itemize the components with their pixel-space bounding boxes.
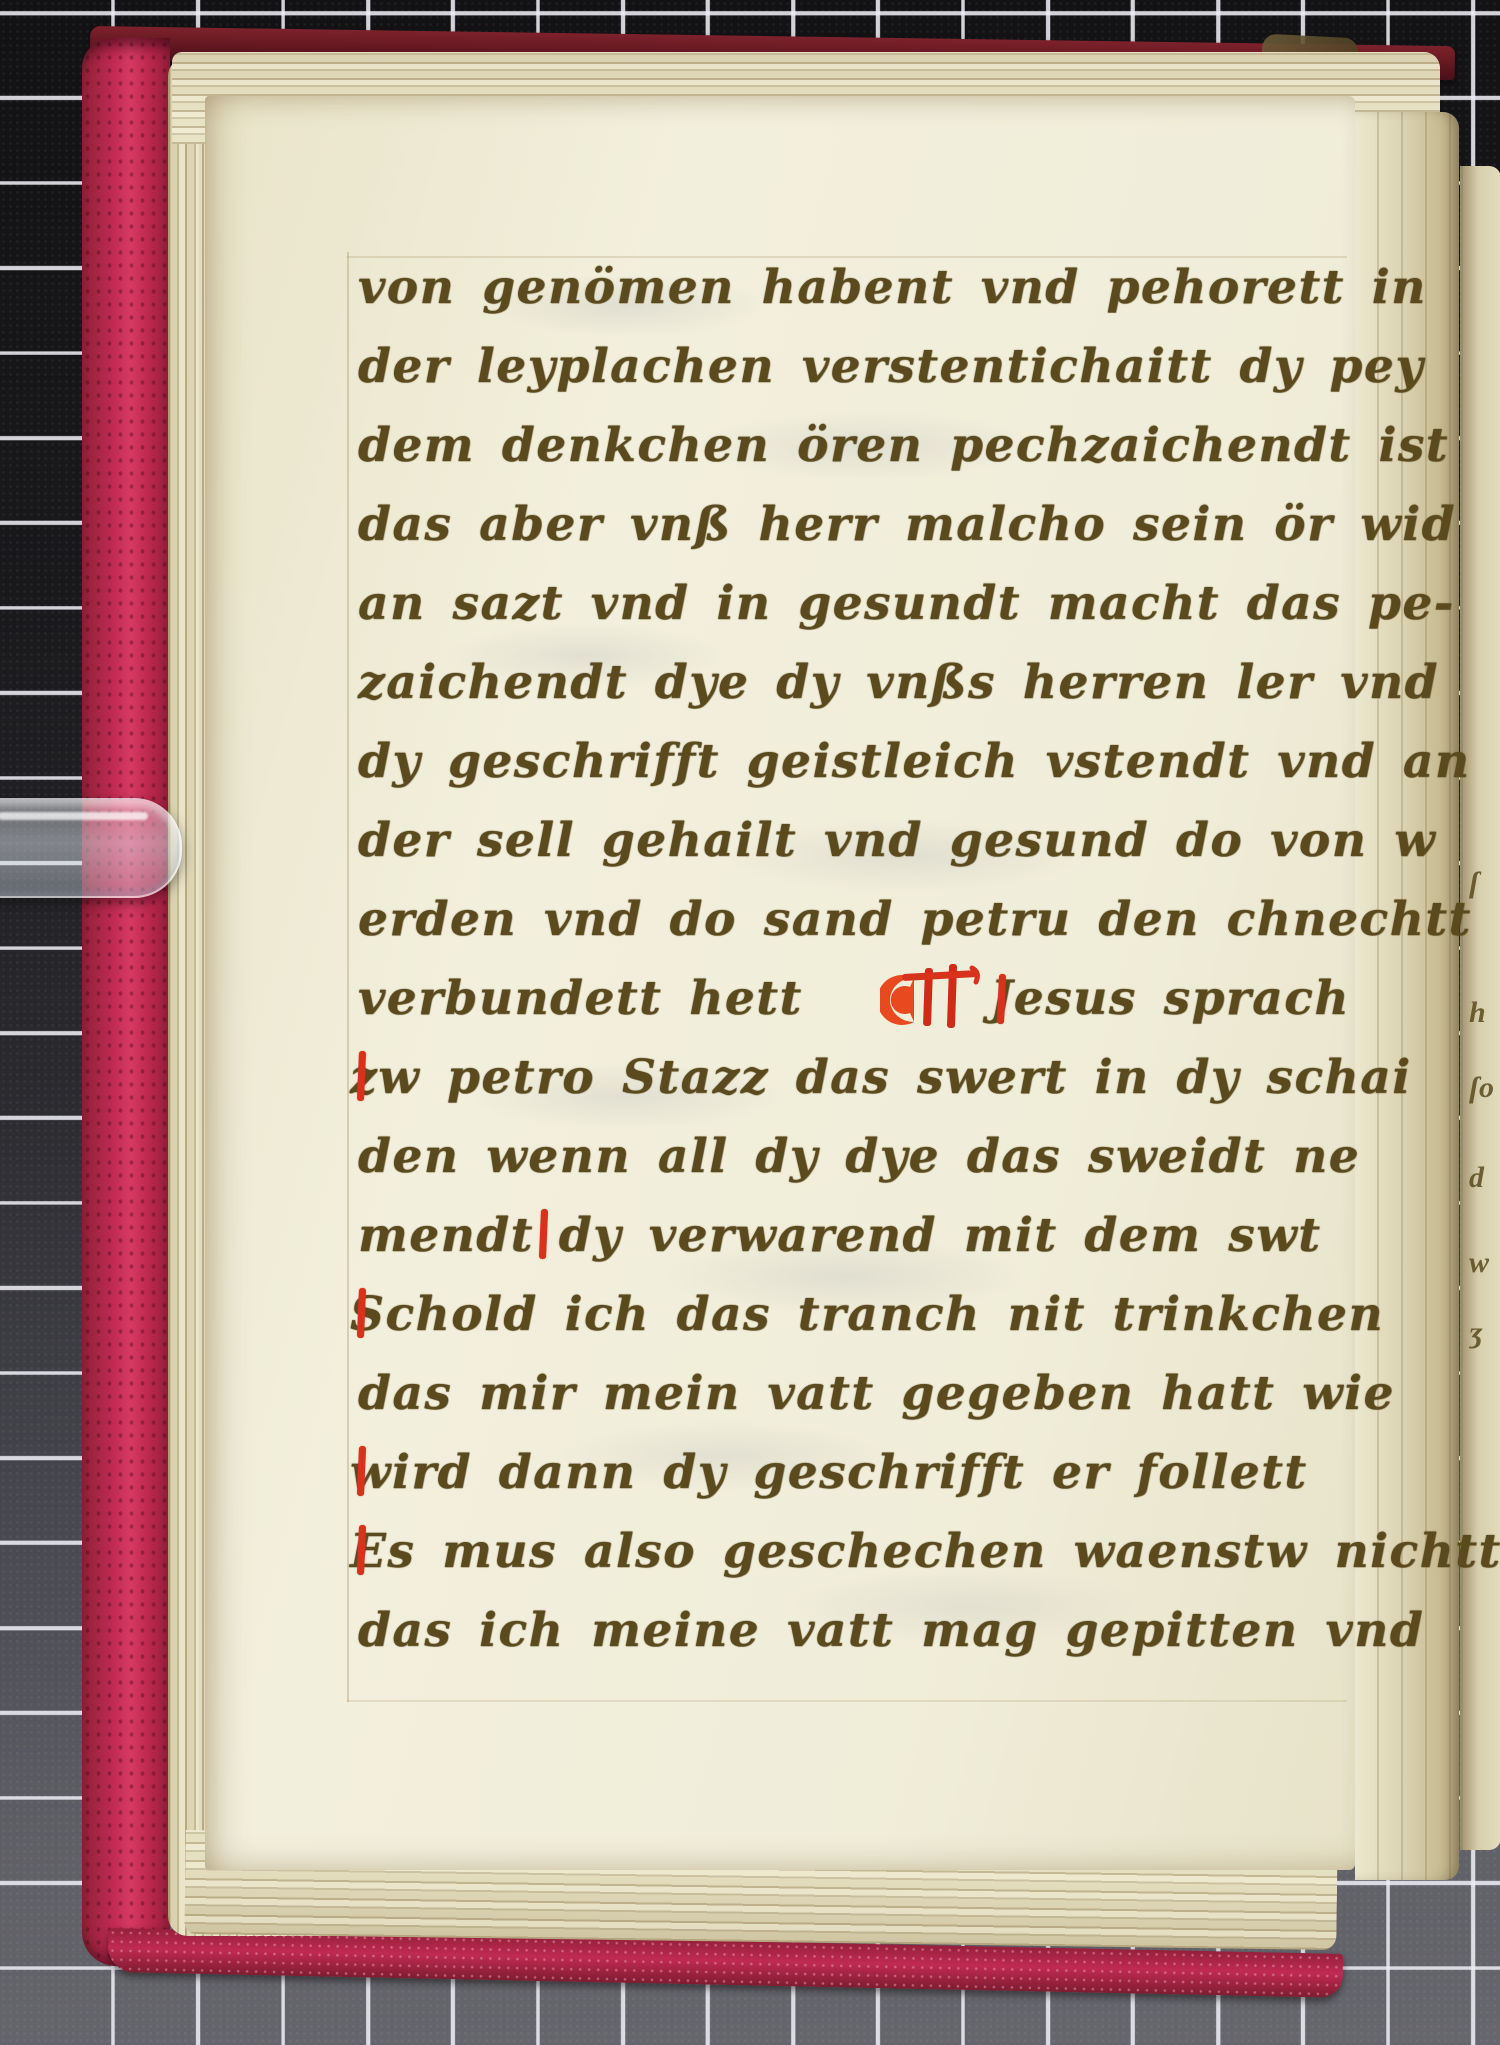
text-line: zw petro Stazz das swert in dy schai bbox=[358, 1038, 1350, 1117]
text-line: von genömen habent vnd pehorett in bbox=[358, 248, 1350, 327]
text-line: zaichendt dye dy vnßs herren ler vnd bbox=[358, 643, 1350, 722]
text-line-with-pilcrow: verbundett hett Jesus sprach bbox=[358, 959, 1350, 1038]
adjacent-page-text-fragment: d bbox=[1469, 1161, 1499, 1195]
text-line: dem denkchen ören pechzaichendt ist bbox=[358, 406, 1350, 485]
adjacent-page-text-fragment: h bbox=[1469, 996, 1499, 1030]
text-line: Es mus also geschechen waenstw nichtt bbox=[358, 1512, 1350, 1591]
text-line: mendt dy verwarend mit dem swt bbox=[358, 1196, 1350, 1275]
adjacent-page-text-fragment: ſ bbox=[1469, 866, 1499, 900]
adjacent-page-sliver: ſ h ſo d w ʒ bbox=[1460, 166, 1500, 1850]
ruling-line-left-margin bbox=[347, 252, 349, 1702]
clip-highlight bbox=[0, 812, 148, 820]
adjacent-page-text-fragment: w bbox=[1469, 1246, 1499, 1280]
rubric-stroke bbox=[539, 1209, 548, 1259]
text-line: der sell gehailt vnd gesund do von w bbox=[358, 801, 1350, 880]
text-line: das ich meine vatt mag gepitten vnd bbox=[358, 1591, 1350, 1670]
adjacent-page-text-fragment: ʒ bbox=[1469, 1316, 1499, 1350]
text-line: dy geschrifft geistleich vstendt vnd an bbox=[358, 722, 1350, 801]
pilcrow-mark-icon bbox=[880, 962, 984, 1036]
text-line: erden vnd do sand petru den chnechtt bbox=[358, 880, 1350, 959]
leather-edge-left bbox=[82, 38, 170, 1966]
text-line: das aber vnß herr malcho sein ör wid bbox=[358, 485, 1350, 564]
text-line: den wenn all dy dye das sweidt ne bbox=[358, 1117, 1350, 1196]
text-line: an sazt vnd in gesundt macht das pe- bbox=[358, 564, 1350, 643]
adjacent-page-text-fragment: ſo bbox=[1469, 1071, 1499, 1105]
ruling-line-bottom bbox=[347, 1700, 1347, 1702]
text-line: das mir mein vatt gegeben hatt wie bbox=[358, 1354, 1350, 1433]
manuscript-text-block: von genömen habent vnd pehorett in der l… bbox=[358, 248, 1350, 1670]
plastic-page-clip bbox=[0, 798, 182, 898]
text-line: der leyplachen verstentichaitt dy pey bbox=[358, 327, 1350, 406]
text-line: wird dann dy geschrifft er follett bbox=[358, 1433, 1350, 1512]
text-line: Schold ich das tranch nit trinkchen bbox=[358, 1275, 1350, 1354]
